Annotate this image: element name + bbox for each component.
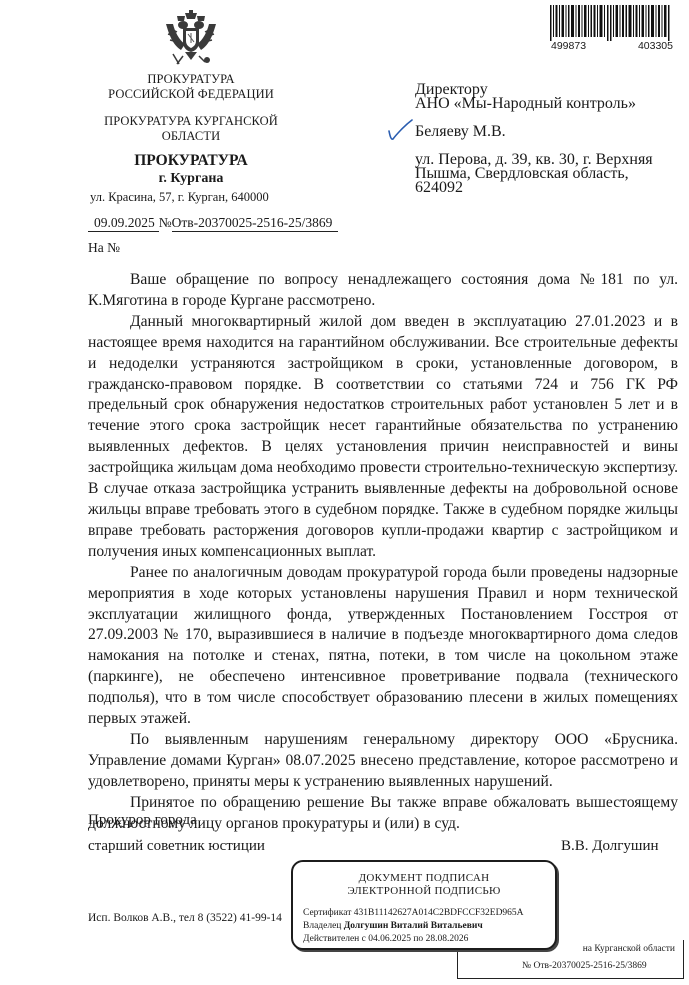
signer-name: В.В. Долгушин <box>561 838 659 855</box>
valid-to-label: по <box>413 934 423 944</box>
document-number: Отв-20370025-2516-25/3869 <box>172 215 339 232</box>
document-date: 09.09.2025 <box>88 215 159 232</box>
outgoing-reference: 09.09.2025№Отв-20370025-2516-25/3869 <box>88 215 338 232</box>
valid-to: 28.08.2026 <box>426 934 469 944</box>
paragraph-1: Ваше обращение по вопросу ненадлежащего … <box>88 270 678 312</box>
barcode-number: 499873 403305 <box>551 40 673 52</box>
letter-body: Ваше обращение по вопросу ненадлежащего … <box>88 270 678 834</box>
addressee-block: Директору АНО «Мы-Народный контроль» Бел… <box>415 83 680 195</box>
addressee-address-3: 624092 <box>415 181 680 195</box>
russian-coat-of-arms-emblem <box>163 10 219 68</box>
registration-number-value: Отв-20370025-2516-25/3869 <box>533 961 646 971</box>
barcode <box>550 5 672 41</box>
org-line-3: ПРОКУРАТУРА КУРГАНСКОЙ <box>78 114 304 129</box>
paragraph-4: По выявленным нарушениям генеральному ди… <box>88 730 678 793</box>
valid-from: 04.06.2025 <box>368 934 411 944</box>
executor-contact: Исп. Волков А.В., тел 8 (3522) 41-99-14 <box>88 912 282 924</box>
certificate-row: Сертификат 431B11142627A014C2BDFCCF32ED9… <box>303 907 555 920</box>
registration-number: № Отв-20370025-2516-25/3869 <box>522 961 647 971</box>
barcode-digits-left: 499873 <box>551 40 586 52</box>
certificate-id: 431B11142627A014C2BDFCCF32ED965A <box>354 908 524 918</box>
owner-row: Владелец Долгушин Виталий Витальевич <box>303 920 555 933</box>
barcode-digits-right: 403305 <box>638 40 673 52</box>
organization-header: ПРОКУРАТУРА РОССИЙСКОЙ ФЕДЕРАЦИИ ПРОКУРА… <box>78 72 304 187</box>
validity-label: Действителен с <box>303 934 366 944</box>
signer-title: Прокурор города <box>88 812 197 829</box>
signer-rank: старший советник юстиции <box>88 838 265 855</box>
stamp-title-2: ЭЛЕКТРОННОЙ ПОДПИСЬЮ <box>293 885 555 898</box>
addressee-name: Беляеву М.В. <box>415 125 680 139</box>
org-name: ПРОКУРАТУРА <box>78 152 304 170</box>
org-address: ул. Красина, 57, г. Курган, 640000 <box>90 190 269 205</box>
validity-row: Действителен с 04.06.2025 по 28.08.2026 <box>303 933 555 946</box>
paragraph-2: Данный многоквартирный жилой дом введен … <box>88 312 678 563</box>
certificate-label: Сертификат <box>303 908 351 918</box>
org-line-4: ОБЛАСТИ <box>78 129 304 144</box>
paragraph-3: Ранее по аналогичным доводам прокуратуро… <box>88 563 678 730</box>
electronic-signature-stamp: ДОКУМЕНТ ПОДПИСАН ЭЛЕКТРОННОЙ ПОДПИСЬЮ С… <box>291 860 557 950</box>
number-label: № <box>159 215 172 230</box>
checkmark-icon <box>386 118 414 142</box>
org-line-2: РОССИЙСКОЙ ФЕДЕРАЦИИ <box>78 87 304 102</box>
registration-org: на Курганской области <box>583 944 675 954</box>
registration-number-label: № <box>522 961 531 971</box>
reply-to-label: На № <box>88 240 120 256</box>
owner-label: Владелец <box>303 921 341 931</box>
addressee-organization: АНО «Мы-Народный контроль» <box>415 97 680 111</box>
stamp-title-1: ДОКУМЕНТ ПОДПИСАН <box>293 872 555 885</box>
org-line-1: ПРОКУРАТУРА <box>78 72 304 87</box>
org-city: г. Кургана <box>78 170 304 187</box>
owner-name: Долгушин Виталий Витальевич <box>344 921 483 931</box>
